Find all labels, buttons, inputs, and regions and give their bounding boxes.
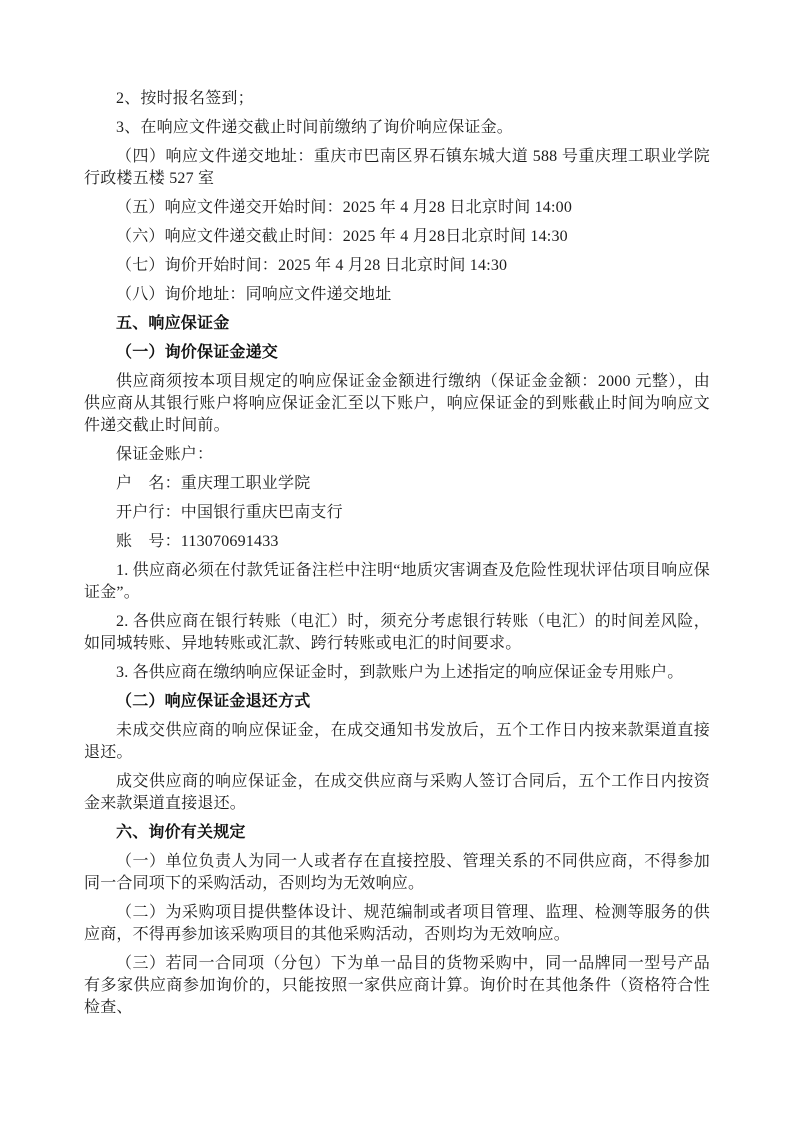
- para-note-3-payee-account: 3. 各供应商在缴纳响应保证金时，到款账户为上述指定的响应保证金专用账户。: [84, 662, 710, 684]
- para-item-3-deposit-paid: 3、在响应文件递交截止时间前缴纳了询价响应保证金。: [84, 117, 710, 139]
- para-rule-2-design-service-supplier: （二）为采购项目提供整体设计、规范编制或者项目管理、监理、检测等服务的供应商，不…: [84, 902, 710, 946]
- document-body: 2、按时报名签到； 3、在响应文件递交截止时间前缴纳了询价响应保证金。 （四）响…: [84, 88, 710, 1019]
- para-refund-unsuccessful-supplier: 未成交供应商的响应保证金，在成交通知书发放后，五个工作日内按来款渠道直接退还。: [84, 720, 710, 764]
- para-account-name: 户 名：重庆理工职业学院: [84, 473, 710, 495]
- para-5-submit-start-time: （五）响应文件递交开始时间：2025 年 4 月28 日北京时间 14:00: [84, 197, 710, 219]
- heading-5-1-deposit-submission: （一）询价保证金递交: [84, 342, 710, 364]
- para-8-inquiry-address: （八）询价地址：同响应文件递交地址: [84, 284, 710, 306]
- document-page: 2、按时报名签到； 3、在响应文件递交截止时间前缴纳了询价响应保证金。 （四）响…: [0, 0, 793, 1122]
- para-rule-1-same-responsible-person: （一）单位负责人为同一人或者存在直接控股、管理关系的不同供应商，不得参加同一合同…: [84, 851, 710, 895]
- para-account-number: 账 号：113070691433: [84, 531, 710, 553]
- para-6-submit-deadline: （六）响应文件递交截止时间：2025 年 4 月28日北京时间 14:30: [84, 226, 710, 248]
- para-note-1-payment-remark: 1. 供应商必须在付款凭证备注栏中注明“地质灾害调查及危险性现状评估项目响应保证…: [84, 560, 710, 604]
- para-rule-3-same-brand-model: （三）若同一合同项（分包）下为单一品目的货物采购中，同一品牌同一型号产品有多家供…: [84, 953, 710, 1019]
- para-item-2-signin: 2、按时报名签到；: [84, 88, 710, 110]
- heading-5-2-deposit-refund: （二）响应保证金退还方式: [84, 691, 710, 713]
- para-7-inquiry-start-time: （七）询价开始时间：2025 年 4 月28 日北京时间 14:30: [84, 255, 710, 277]
- para-bank-name: 开户行：中国银行重庆巴南支行: [84, 502, 710, 524]
- para-deposit-account-label: 保证金账户：: [84, 444, 710, 466]
- para-deposit-payment-requirement: 供应商须按本项目规定的响应保证金金额进行缴纳（保证金金额：2000 元整），由供…: [84, 371, 710, 437]
- para-note-2-transfer-risk: 2. 各供应商在银行转账（电汇）时，须充分考虑银行转账（电汇）的时间差风险，如同…: [84, 611, 710, 655]
- heading-6-inquiry-rules: 六、询价有关规定: [84, 822, 710, 844]
- para-refund-successful-supplier: 成交供应商的响应保证金，在成交供应商与采购人签订合同后，五个工作日内按资金来款渠…: [84, 771, 710, 815]
- heading-5-response-deposit: 五、响应保证金: [84, 313, 710, 335]
- para-4-submit-address: （四）响应文件递交地址：重庆市巴南区界石镇东城大道 588 号重庆理工职业学院行…: [84, 146, 710, 190]
